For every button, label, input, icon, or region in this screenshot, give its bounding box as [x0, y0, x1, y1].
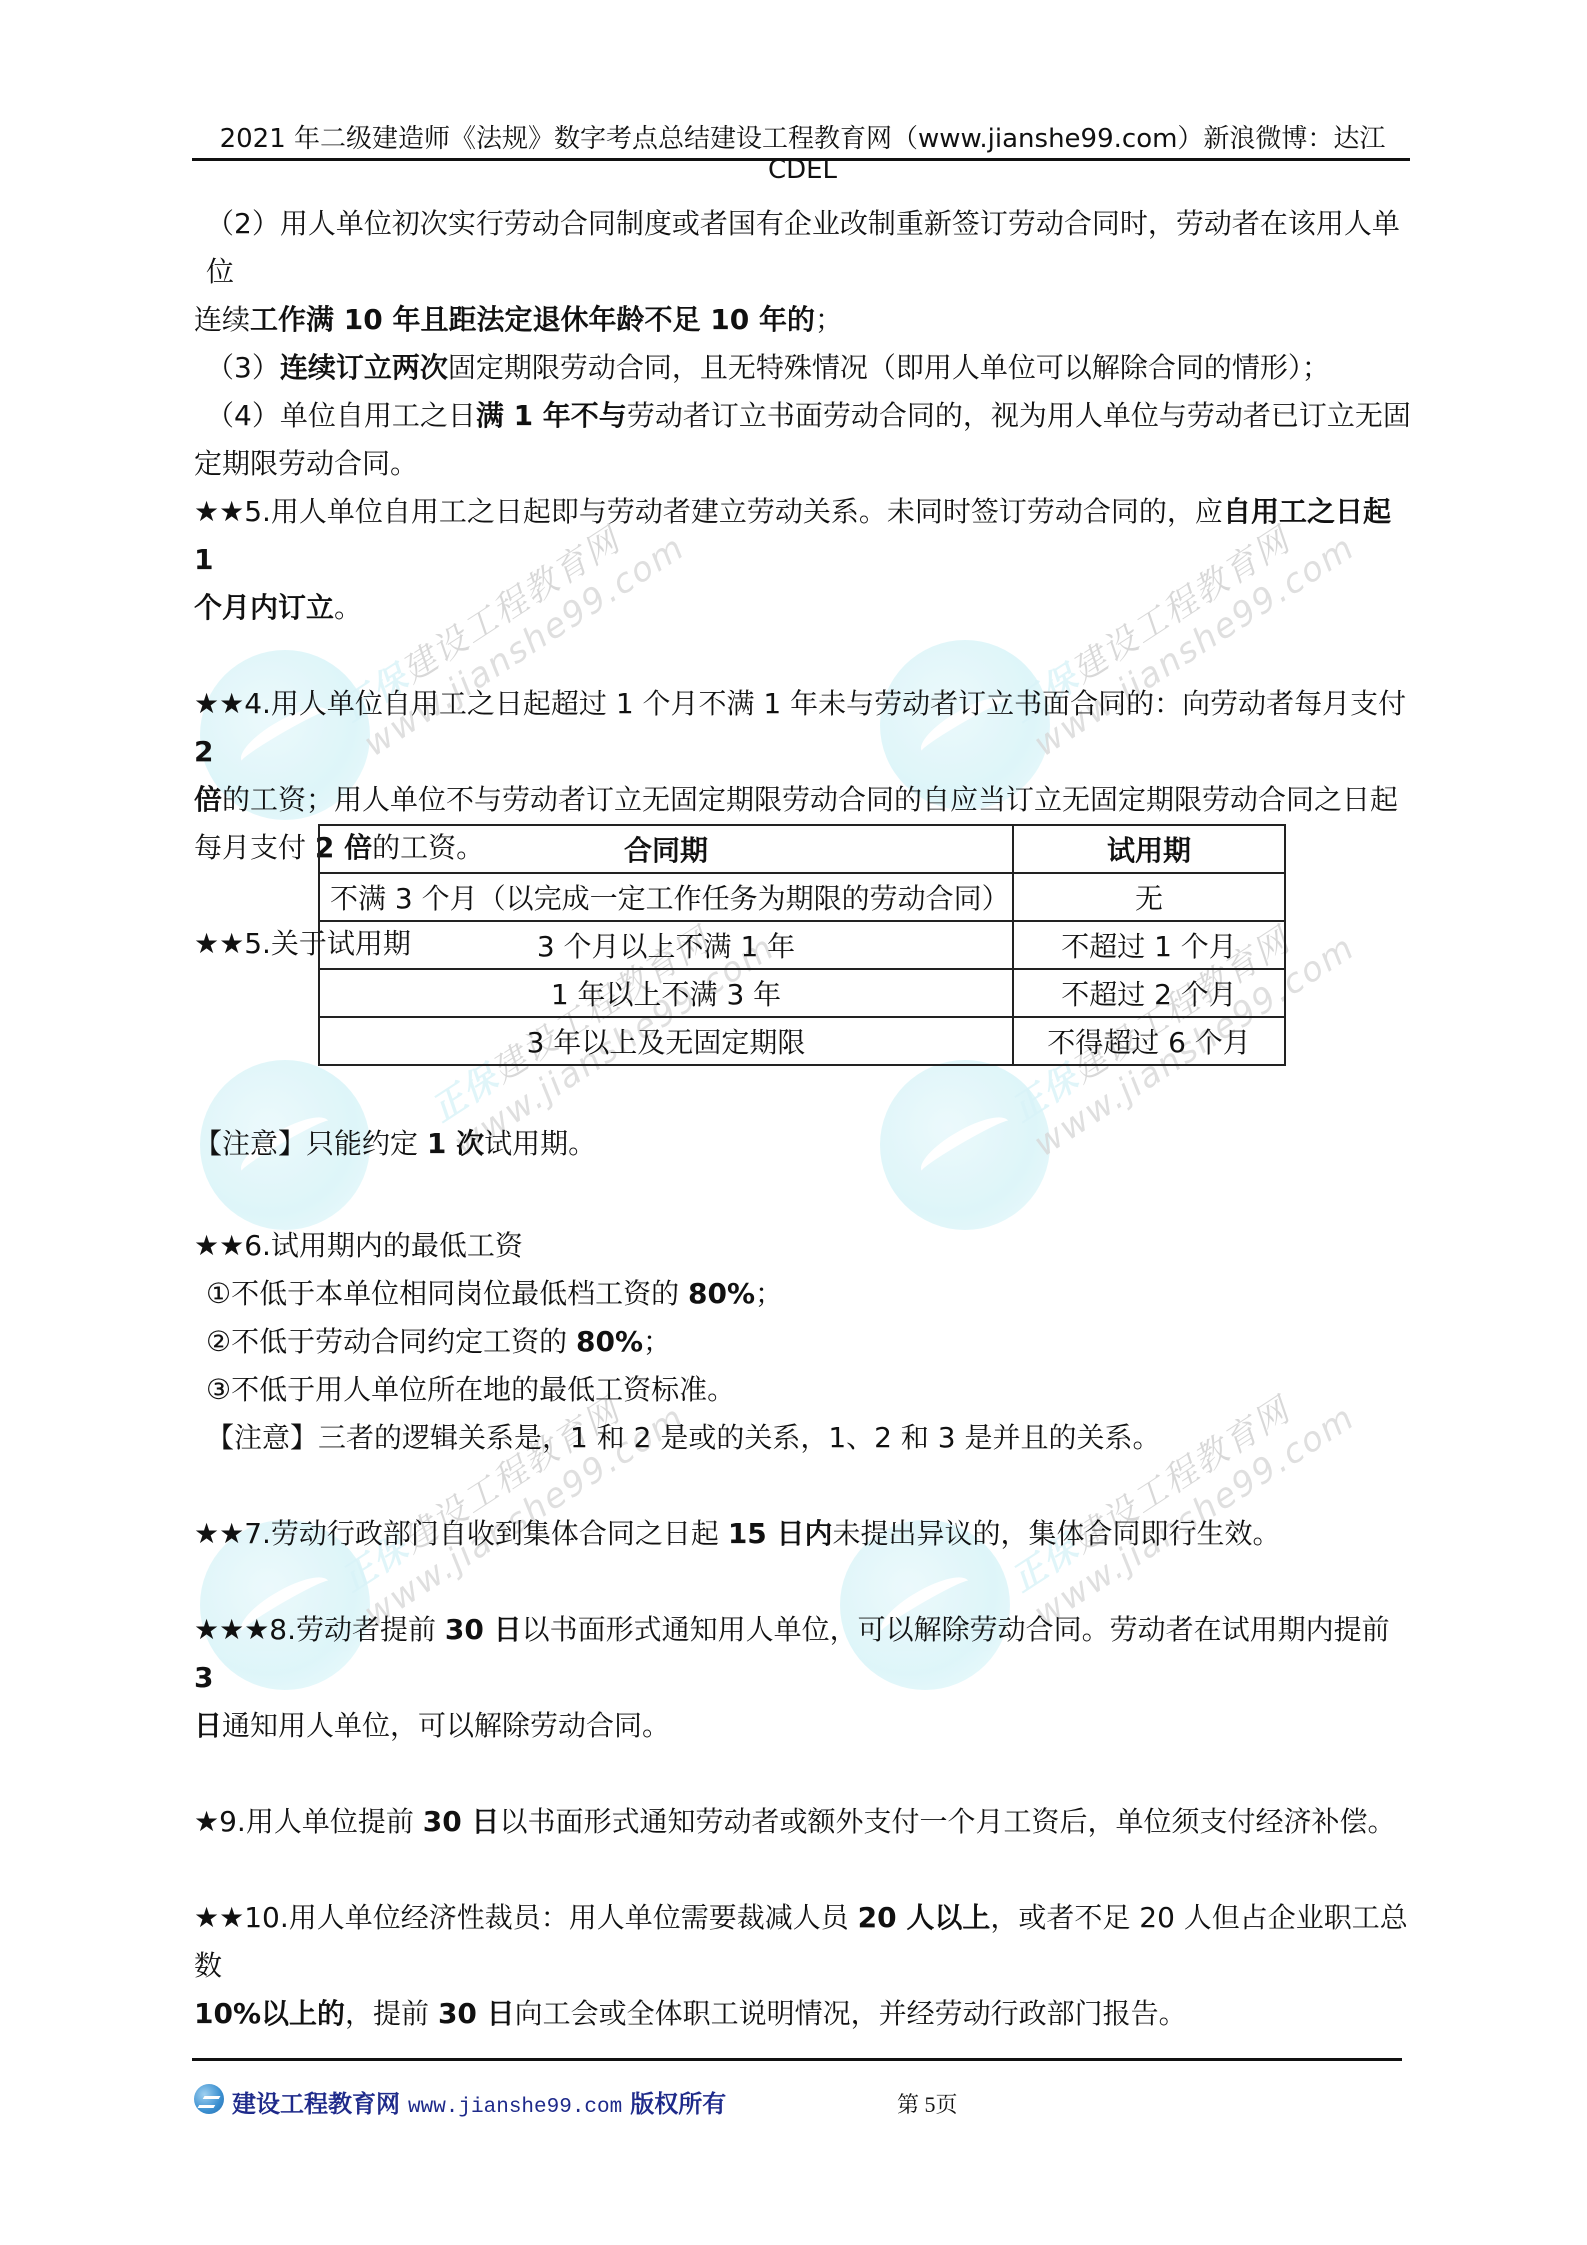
table-row: 不满 3 个月（以完成一定工作任务为期限的劳动合同） 无 [319, 873, 1285, 921]
section-7: ★★7.劳动行政部门自收到集体合同之日起 15 日内未提出异议的，集体合同即行生… [194, 1510, 1412, 1558]
page-header: 2021 年二级建造师《法规》数字考点总结建设工程教育网（www.jianshe… [195, 118, 1410, 185]
header-divider [192, 158, 1410, 161]
section-4-double-wage: ★★4.用人单位自用工之日起超过 1 个月不满 1 年未与劳动者订立书面合同的：… [194, 680, 1412, 776]
list-item: ③不低于用人单位所在地的最低工资标准。 [194, 1366, 1412, 1414]
table-cell: 不超过 1 个月 [1013, 921, 1285, 969]
paragraph: 个月内订立。 [194, 584, 1412, 632]
table-cell: 不超过 2 个月 [1013, 969, 1285, 1017]
table-cell: 无 [1013, 873, 1285, 921]
table-row: 1 年以上不满 3 年 不超过 2 个月 [319, 969, 1285, 1017]
table-cell: 3 个月以上不满 1 年 [319, 921, 1013, 969]
table-cell: 不满 3 个月（以完成一定工作任务为期限的劳动合同） [319, 873, 1013, 921]
paragraph: 连续工作满 10 年且距法定退休年龄不足 10 年的； [194, 296, 1412, 344]
page-number: 第 5页 [897, 2088, 958, 2119]
paragraph: 日通知用人单位，可以解除劳动合同。 [194, 1702, 1412, 1750]
table-row: 3 年以上及无固定期限 不得超过 6 个月 [319, 1017, 1285, 1065]
table-cell: 不得超过 6 个月 [1013, 1017, 1285, 1065]
document-body-continued: 【注意】只能约定 1 次试用期。 ★★6.试用期内的最低工资 ①不低于本单位相同… [194, 1120, 1412, 2038]
paragraph: 10%以上的，提前 30 日向工会或全体职工说明情况，并经劳动行政部门报告。 [194, 1990, 1412, 2038]
section-5-employment: ★★5.用人单位自用工之日起即与劳动者建立劳动关系。未同时签订劳动合同的，应自用… [194, 488, 1412, 584]
list-item: ②不低于劳动合同约定工资的 80%； [194, 1318, 1412, 1366]
trial-period-table-wrapper: 合同期 试用期 不满 3 个月（以完成一定工作任务为期限的劳动合同） 无 3 个… [318, 824, 1286, 1066]
paragraph: 定期限劳动合同。 [194, 440, 1412, 488]
column-header-contract-period: 合同期 [319, 825, 1013, 873]
table-cell: 3 年以上及无固定期限 [319, 1017, 1013, 1065]
section-8: ★★★8.劳动者提前 30 日以书面形式通知用人单位，可以解除劳动合同。劳动者在… [194, 1606, 1412, 1702]
list-item: ①不低于本单位相同岗位最低档工资的 80%； [194, 1270, 1412, 1318]
paragraph: （2）用人单位初次实行劳动合同制度或者国有企业改制重新签订劳动合同时，劳动者在该… [194, 200, 1412, 296]
page-footer: 建设工程教育网www.jianshe99.com版权所有 第 5页 [192, 2082, 1402, 2122]
note-trial-once: 【注意】只能约定 1 次试用期。 [194, 1120, 1412, 1168]
section-10: ★★10.用人单位经济性裁员：用人单位需要裁减人员 20 人以上，或者不足 20… [194, 1894, 1412, 1990]
footer-brand: 建设工程教育网www.jianshe99.com版权所有 [232, 2084, 726, 2119]
footer-url: www.jianshe99.com [408, 2096, 622, 2119]
note-logic: 【注意】三者的逻辑关系是，1 和 2 是或的关系，1、2 和 3 是并且的关系。 [194, 1414, 1412, 1462]
document-page: 正保建设工程教育网 www.jianshe99.com 正保建设工程教育网 ww… [0, 0, 1587, 2245]
paragraph: （3）连续订立两次固定期限劳动合同，且无特殊情况（即用人单位可以解除合同的情形）… [194, 344, 1412, 392]
column-header-trial-period: 试用期 [1013, 825, 1285, 873]
table-header-row: 合同期 试用期 [319, 825, 1285, 873]
trial-period-table: 合同期 试用期 不满 3 个月（以完成一定工作任务为期限的劳动合同） 无 3 个… [318, 824, 1286, 1066]
section-9: ★9.用人单位提前 30 日以书面形式通知劳动者或额外支付一个月工资后，单位须支… [194, 1798, 1412, 1846]
footer-divider [192, 2058, 1402, 2061]
paragraph: 倍的工资；用人单位不与劳动者订立无固定期限劳动合同的自应当订立无固定期限劳动合同… [194, 776, 1412, 824]
table-row: 3 个月以上不满 1 年 不超过 1 个月 [319, 921, 1285, 969]
table-cell: 1 年以上不满 3 年 [319, 969, 1013, 1017]
brand-logo-icon [194, 2084, 224, 2114]
section-6-title: ★★6.试用期内的最低工资 [194, 1222, 1412, 1270]
paragraph: （4）单位自用工之日满 1 年不与劳动者订立书面劳动合同的，视为用人单位与劳动者… [194, 392, 1412, 440]
